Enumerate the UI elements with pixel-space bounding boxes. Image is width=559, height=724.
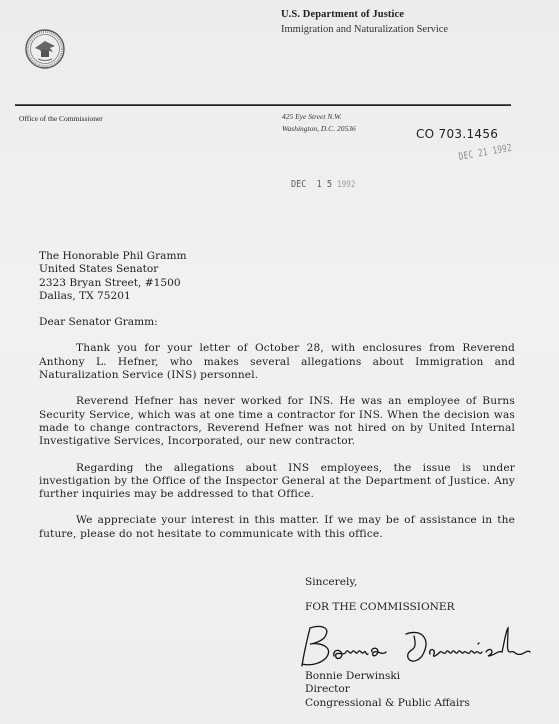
office-address: 425 Eye Street N.W. Washington, D.C. 205… xyxy=(282,111,356,135)
service-name: Immigration and Naturalization Service xyxy=(281,24,448,35)
handwritten-signature-icon xyxy=(282,622,552,672)
address-line-2: Washington, D.C. 20536 xyxy=(282,123,356,135)
on-behalf-line: FOR THE COMMISSIONER xyxy=(305,601,455,614)
signer-office: Congressional & Public Affairs xyxy=(305,697,470,710)
file-reference-code: CO 703.1456 xyxy=(416,127,498,141)
body-paragraph: Regarding the allegations about INS empl… xyxy=(39,462,515,502)
body-paragraph: Thank you for your letter of October 28,… xyxy=(39,342,515,382)
letter-body: The Honorable Phil Gramm United States S… xyxy=(39,250,515,541)
recipient-line: Dallas, TX 75201 xyxy=(39,290,515,303)
office-name: Office of the Commissioner xyxy=(19,114,103,123)
signer-name: Bonnie Derwinski xyxy=(305,670,470,683)
body-paragraph: Reverend Hefner has never worked for INS… xyxy=(39,395,515,448)
recipient-line: United States Senator xyxy=(39,263,515,276)
received-date-stamp: DEC 21 1992 xyxy=(458,143,513,163)
valediction: Sincerely, xyxy=(305,576,455,589)
recipient-line: 2323 Bryan Street, #1500 xyxy=(39,277,515,290)
date-stamp-year: 1992 xyxy=(337,180,355,190)
recipient-address: The Honorable Phil Gramm United States S… xyxy=(39,250,515,303)
salutation: Dear Senator Gramm: xyxy=(39,316,515,329)
letterhead-divider xyxy=(15,104,511,106)
closing-block: Sincerely, FOR THE COMMISSIONER xyxy=(305,576,455,615)
letter-date-stamp: DEC 1 5 1992 xyxy=(291,179,356,190)
signer-title: Director xyxy=(305,683,470,696)
body-paragraph: We appreciate your interest in this matt… xyxy=(39,514,515,541)
agency-header: U.S. Department of Justice Immigration a… xyxy=(281,9,448,35)
address-line-1: 425 Eye Street N.W. xyxy=(282,111,356,123)
doj-seal-icon xyxy=(19,28,71,70)
date-stamp-day: DEC 1 5 xyxy=(291,179,332,190)
recipient-line: The Honorable Phil Gramm xyxy=(39,250,515,263)
department-name: U.S. Department of Justice xyxy=(281,9,448,20)
letter-page: U.S. Department of Justice Immigration a… xyxy=(0,0,559,724)
signer-block: Bonnie Derwinski Director Congressional … xyxy=(305,670,470,710)
